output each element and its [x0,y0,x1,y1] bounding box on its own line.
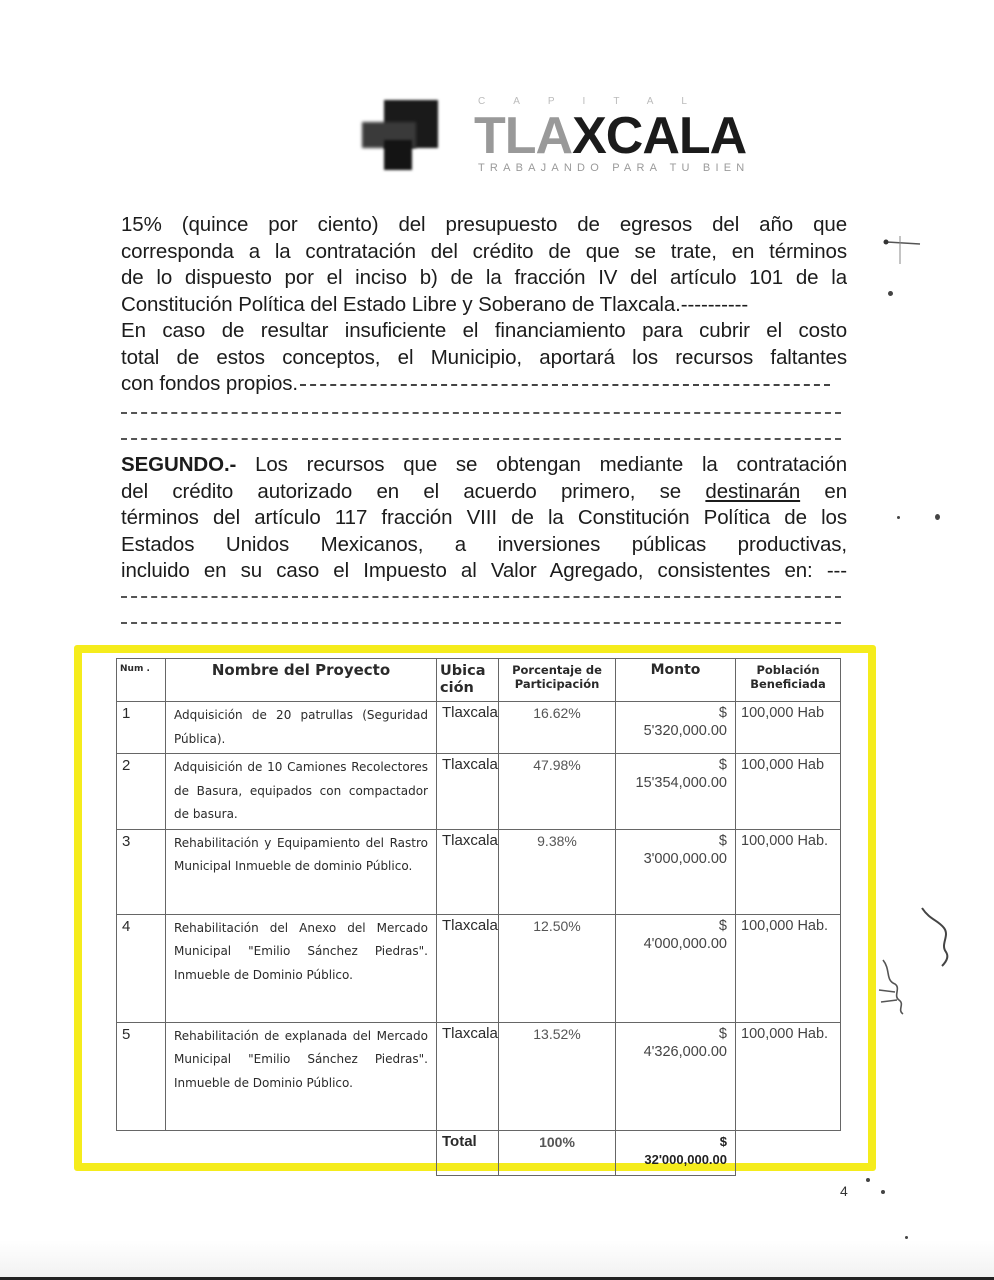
margin-dot [935,514,940,520]
monto-value: 15'354,000.00 [636,775,727,791]
cell-proyecto: Adquisición de 20 patrullas (Seguridad P… [166,702,437,754]
cell-porcentaje: 9.38% [499,829,616,914]
margin-dot [866,1178,870,1182]
currency-sign: $ [621,1133,727,1151]
table-row: 5 Rehabilitación de explanada del Mercad… [117,1022,841,1130]
cell-num: 2 [117,754,166,830]
cell-monto: $15'354,000.00 [616,754,736,830]
table-row: 1 Adquisición de 20 patrullas (Seguridad… [117,702,841,754]
monto-value: 3'000,000.00 [644,851,727,867]
cell-monto: $5'320,000.00 [616,702,736,754]
text-line-with-fill: con fondos propios. [121,371,847,398]
cell-poblacion: 100,000 Hab. [736,829,841,914]
table-row: 2 Adquisición de 10 Camiones Recolectore… [117,754,841,830]
cell-porcentaje: 12.50% [499,914,616,1022]
cell-porcentaje: 16.62% [499,702,616,754]
dash-fill [300,384,830,386]
currency-sign: $ [621,756,727,774]
margin-dot [905,1236,908,1239]
cell-proyecto: Adquisición de 10 Camiones Recolectores … [166,754,437,830]
handwritten-signature-icon [875,950,925,1030]
text-line: de lo dispuesto por el inciso b) de la f… [121,265,847,292]
empty-cell [166,1130,437,1175]
cell-poblacion: 100,000 Hab. [736,914,841,1022]
dash-separator [121,596,841,598]
initial-signature-icon [920,900,970,980]
coat-of-arms-logo-icon [362,100,438,172]
table-row: 3 Rehabilitación y Equipamiento del Rast… [117,829,841,914]
text-line: Estados Unidos Mexicanos, a inversiones … [121,532,847,559]
empty-cell [117,1130,166,1175]
dash-separator [121,438,841,440]
underlined-word: destinarán [705,480,800,503]
cell-poblacion: 100,000 Hab [736,754,841,830]
text-line: términos del artículo 117 fracción VIII … [121,505,847,532]
cell-ubicacion: Tlaxcala [437,702,499,754]
logo-wordmark: TLAXCALA [474,106,746,166]
logo-subtitle: TRABAJANDO PARA TU BIEN [478,162,749,174]
currency-sign: $ [621,1025,727,1043]
margin-tick-mark-icon [870,230,930,270]
cell-monto: $3'000,000.00 [616,829,736,914]
monto-value: 4'326,000.00 [644,1044,727,1060]
monto-value: 5'320,000.00 [644,723,727,739]
projects-table: Num . Nombre del Proyecto Ubicación Porc… [116,658,841,1176]
text-line: del crédito autorizado en el acuerdo pri… [121,479,847,506]
currency-sign: $ [621,832,727,850]
cell-poblacion: 100,000 Hab [736,702,841,754]
text-line: incluido en su caso el Impuesto al Valor… [121,558,847,585]
total-monto: $32'000,000.00 [616,1130,736,1175]
cell-ubicacion: Tlaxcala [437,754,499,830]
margin-dot [881,1190,885,1194]
paragraph-continuation: 15% (quince por ciento) del presupuesto … [121,212,847,398]
header-porcentaje: Porcentaje de Participación [499,659,616,702]
empty-cell [736,1130,841,1175]
header-monto: Monto [616,659,736,702]
cell-proyecto: Rehabilitación y Equipamiento del Rastro… [166,829,437,914]
total-label: Total [437,1130,499,1175]
cell-proyecto: Rehabilitación de explanada del Mercado … [166,1022,437,1130]
text-line: total de estos conceptos, el Municipio, … [121,345,847,372]
text-line: Constitución Política del Estado Libre y… [121,292,847,319]
page-number: 4 [840,1183,848,1199]
margin-dot [888,291,893,296]
cell-porcentaje: 13.52% [499,1022,616,1130]
text-line: En caso de resultar insuficiente el fina… [121,318,847,345]
table-header-row: Num . Nombre del Proyecto Ubicación Porc… [117,659,841,702]
table-total-row: Total 100% $32'000,000.00 [117,1130,841,1175]
cell-ubicacion: Tlaxcala [437,1022,499,1130]
currency-sign: $ [621,917,727,935]
monto-value: 32'000,000.00 [644,1152,727,1167]
page-bottom-shade [0,1240,994,1280]
logo-wordmark-faded: TLA [474,107,572,165]
header-poblacion: Población Beneficiada [736,659,841,702]
segundo-heading: SEGUNDO.- [121,453,236,476]
currency-sign: $ [621,704,727,722]
cell-ubicacion: Tlaxcala [437,914,499,1022]
text-line: SEGUNDO.- Los recursos que se obtengan m… [121,452,847,479]
dash-separator [121,622,841,624]
text-line-content: con fondos propios. [121,372,298,395]
header-ubicacion: Ubicación [437,659,499,702]
header-proyecto: Nombre del Proyecto [166,659,437,702]
text-line: 15% (quince por ciento) del presupuesto … [121,212,847,239]
text-fragment: Los recursos que se obtengan mediante la… [236,453,847,476]
text-fragment: en [800,480,847,503]
text-fragment: del crédito autorizado en el acuerdo pri… [121,480,705,503]
cell-poblacion: 100,000 Hab. [736,1022,841,1130]
cell-num: 5 [117,1022,166,1130]
cell-monto: $4'000,000.00 [616,914,736,1022]
cell-num: 1 [117,702,166,754]
paragraph-segundo: SEGUNDO.- Los recursos que se obtengan m… [121,452,847,585]
cell-monto: $4'326,000.00 [616,1022,736,1130]
total-porcentaje: 100% [499,1130,616,1175]
cell-num: 4 [117,914,166,1022]
cell-num: 3 [117,829,166,914]
monto-value: 4'000,000.00 [644,936,727,952]
logo-wordmark-bold: XCALA [572,107,746,165]
table-row: 4 Rehabilitación del Anexo del Mercado M… [117,914,841,1022]
dash-separator [121,412,841,414]
header-num: Num . [117,659,166,702]
cell-porcentaje: 47.98% [499,754,616,830]
cell-ubicacion: Tlaxcala [437,829,499,914]
margin-dot [897,516,900,519]
text-line: corresponda a la contratación del crédit… [121,239,847,266]
cell-proyecto: Rehabilitación del Anexo del Mercado Mun… [166,914,437,1022]
